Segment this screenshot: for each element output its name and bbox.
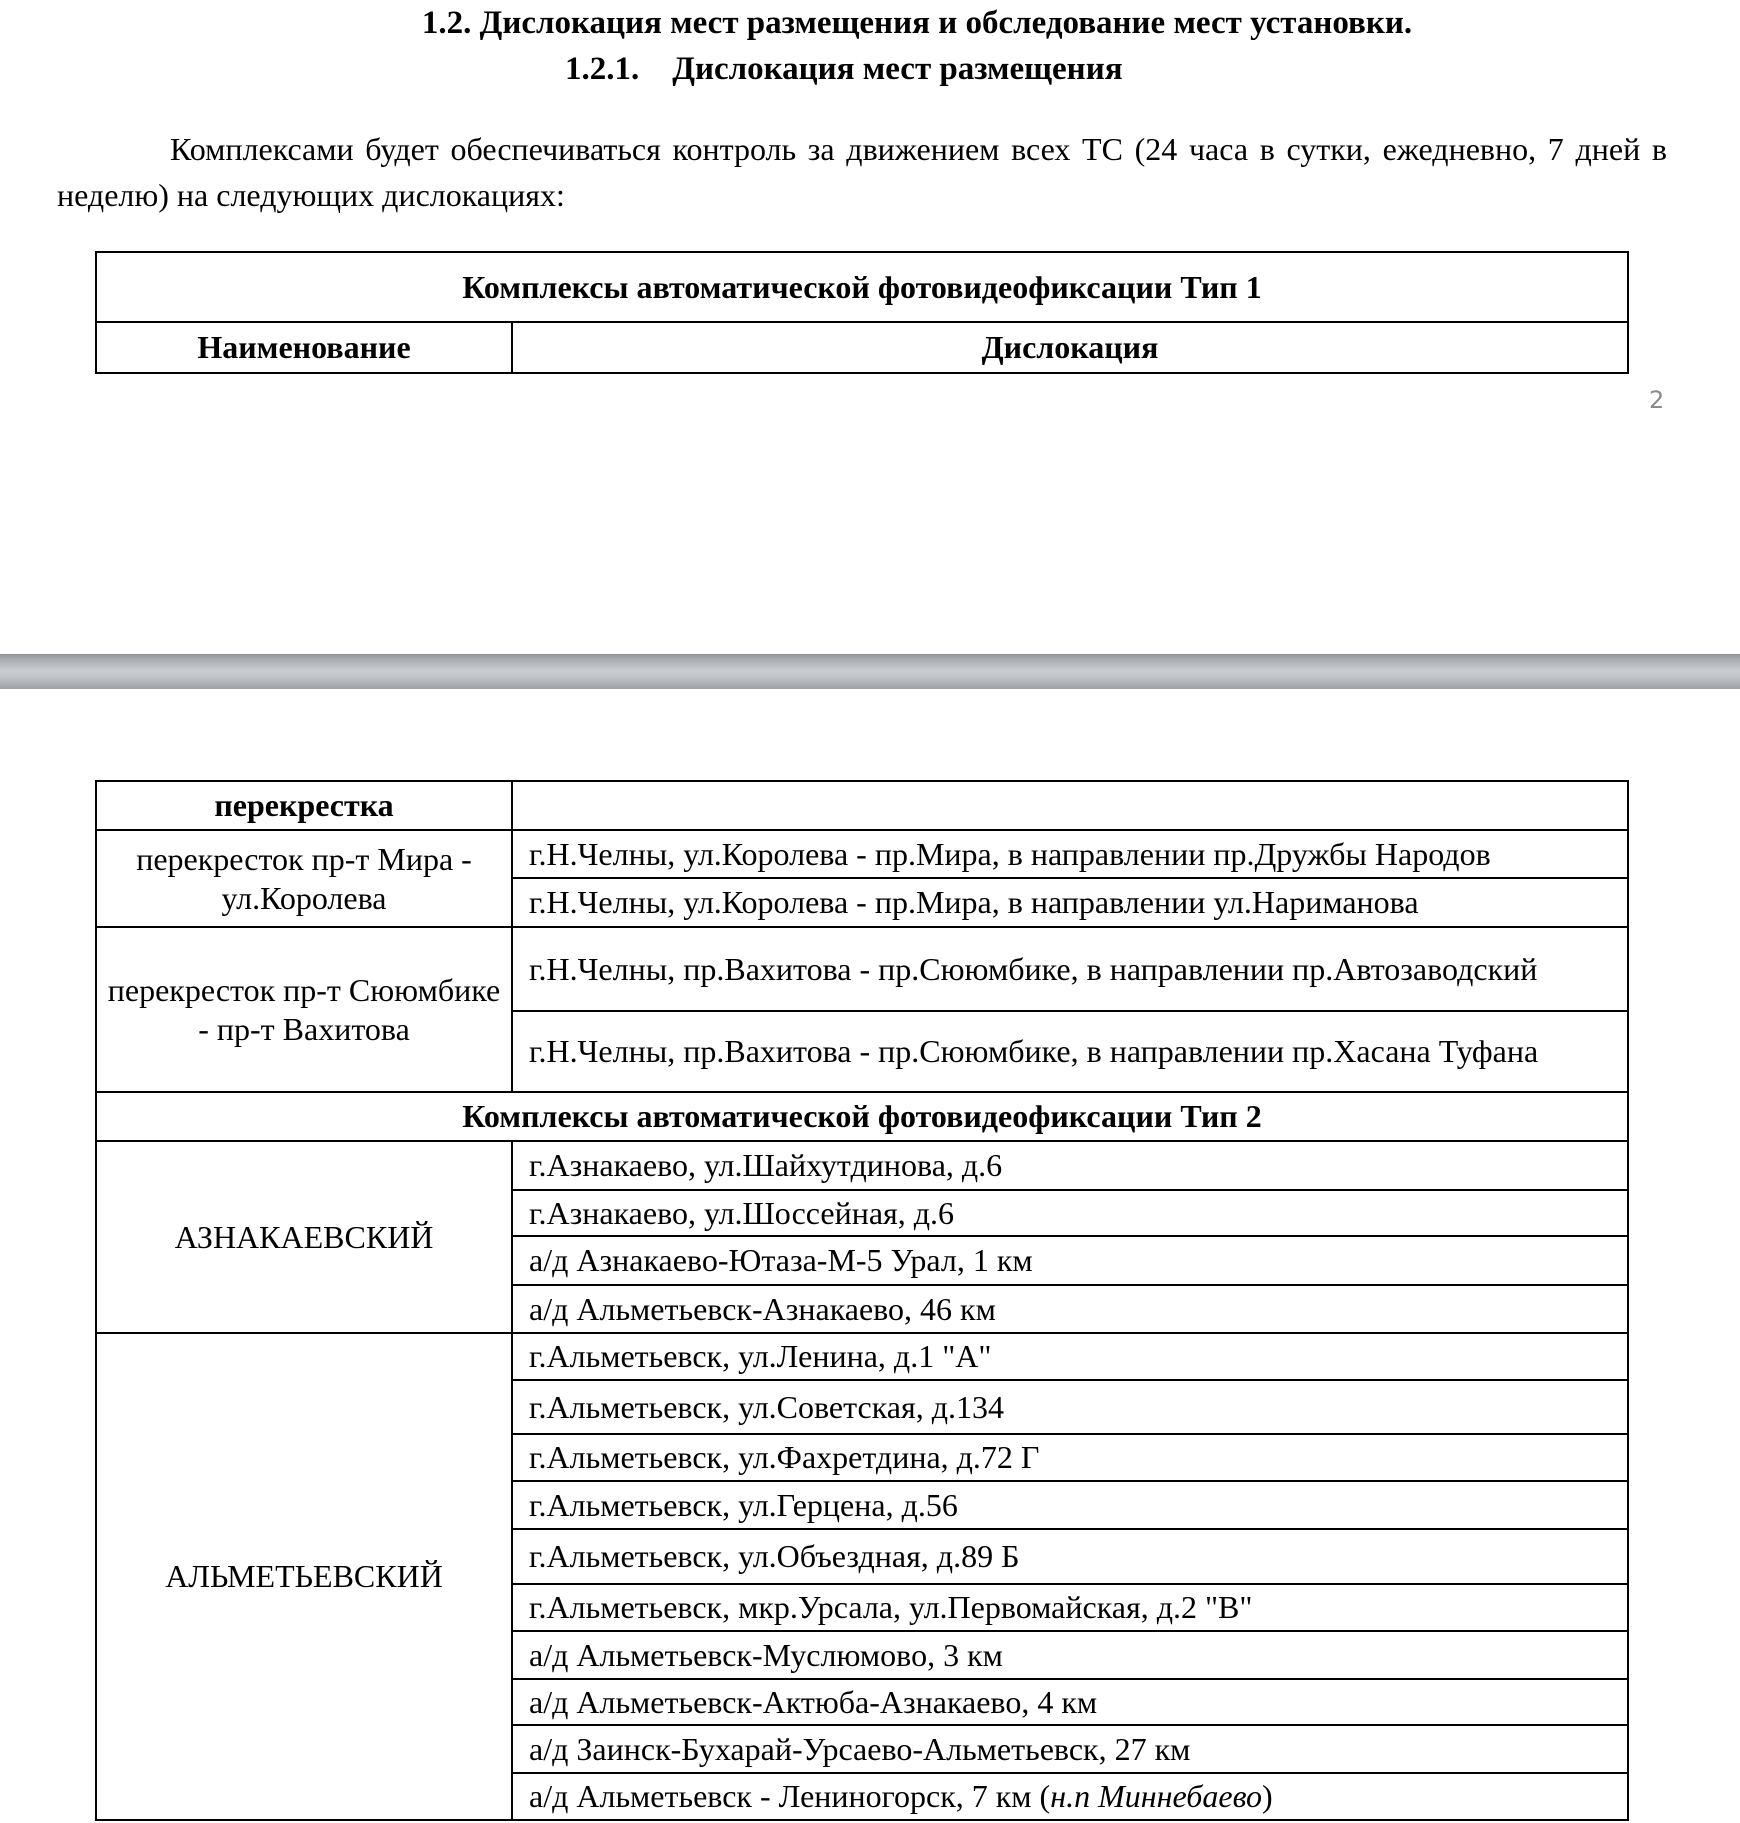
location-cell: г.Альметьевск, ул.Герцена, д.56 — [512, 1481, 1628, 1529]
location-cell: а/д Альметьевск-Актюба-Азнакаево, 4 км — [512, 1679, 1628, 1725]
location-cell: г.Н.Челны, пр.Вахитова - пр.Сююмбике, в … — [512, 927, 1628, 1011]
location-text: а/д Альметьевск - Лениногорск, 7 км — [529, 1778, 1032, 1814]
location-cell: г.Н.Челны, ул.Королева - пр.Мира, в напр… — [512, 830, 1628, 878]
location-cell: а/д Азнакаево-Ютаза-М-5 Урал, 1 км — [512, 1236, 1628, 1285]
location-cell: г.Альметьевск, ул.Советская, д.134 — [512, 1380, 1628, 1434]
locations-table-page-1: Комплексы автоматической фотовидеофиксац… — [95, 251, 1629, 374]
location-cell: а/д Альметьевск-Азнакаево, 46 км — [512, 1285, 1628, 1333]
table-row: перекресток пр-т Мира - ул.Королева г.Н.… — [96, 830, 1628, 878]
page-break-separator — [0, 654, 1740, 689]
location-cell: г.Альметьевск, ул.Объездная, д.89 Б — [512, 1529, 1628, 1584]
table-row: АЗНАКАЕВСКИЙ г.Азнакаево, ул.Шайхутдинов… — [96, 1141, 1628, 1190]
table-title-type-1: Комплексы автоматической фотовидеофиксац… — [96, 252, 1628, 322]
table-title-type-2: Комплексы автоматической фотовидеофиксац… — [96, 1092, 1628, 1141]
empty-header-cell — [512, 781, 1628, 830]
intro-text: Комплексами будет обеспечиваться контрол… — [57, 131, 1667, 213]
location-cell: г.Альметьевск, ул.Фахретдина, д.72 Г — [512, 1434, 1628, 1481]
location-cell: г.Н.Челны, пр.Вахитова - пр.Сююмбике, в … — [512, 1011, 1628, 1092]
group-name: АЛЬМЕТЬЕВСКИЙ — [96, 1333, 512, 1820]
column-header-continued: перекрестка — [96, 781, 512, 830]
location-cell: а/д Альметьевск - Лениногорск, 7 км (н.п… — [512, 1773, 1628, 1820]
location-cell: г.Азнакаево, ул.Шайхутдинова, д.6 — [512, 1141, 1628, 1190]
location-cell: г.Н.Челны, ул.Королева - пр.Мира, в напр… — [512, 878, 1628, 927]
section-heading: 1.2. Дислокация мест размещения и обслед… — [0, 2, 1740, 44]
group-name: перекресток пр-т Мира - ул.Королева — [96, 830, 512, 927]
location-cell: г.Альметьевск, ул.Ленина, д.1 "А" — [512, 1333, 1628, 1380]
table-row: АЛЬМЕТЬЕВСКИЙ г.Альметьевск, ул.Ленина, … — [96, 1333, 1628, 1380]
column-header-location: Дислокация — [512, 322, 1628, 373]
location-cell: г.Альметьевск, мкр.Урсала, ул.Первомайск… — [512, 1584, 1628, 1631]
page-number: 2 — [1649, 386, 1664, 414]
location-cell: г.Азнакаево, ул.Шоссейная, д.6 — [512, 1190, 1628, 1236]
location-cell: а/д Альметьевск-Муслюмово, 3 км — [512, 1631, 1628, 1679]
table-row: перекресток пр-т Сююмбике - пр-т Вахитов… — [96, 927, 1628, 1011]
intro-paragraph: Комплексами будет обеспечиваться контрол… — [57, 126, 1667, 218]
location-note: н.п Миннебаево — [1050, 1778, 1262, 1814]
group-name: АЗНАКАЕВСКИЙ — [96, 1141, 512, 1333]
locations-table-page-2: перекрестка перекресток пр-т Мира - ул.К… — [95, 780, 1629, 1821]
group-name: перекресток пр-т Сююмбике - пр-т Вахитов… — [96, 927, 512, 1092]
column-header-name: Наименование — [96, 322, 512, 373]
location-cell: а/д Заинск-Бухарай-Урсаево-Альметьевск, … — [512, 1725, 1628, 1773]
subsection-heading: 1.2.1. Дислокация мест размещения — [565, 48, 1123, 90]
